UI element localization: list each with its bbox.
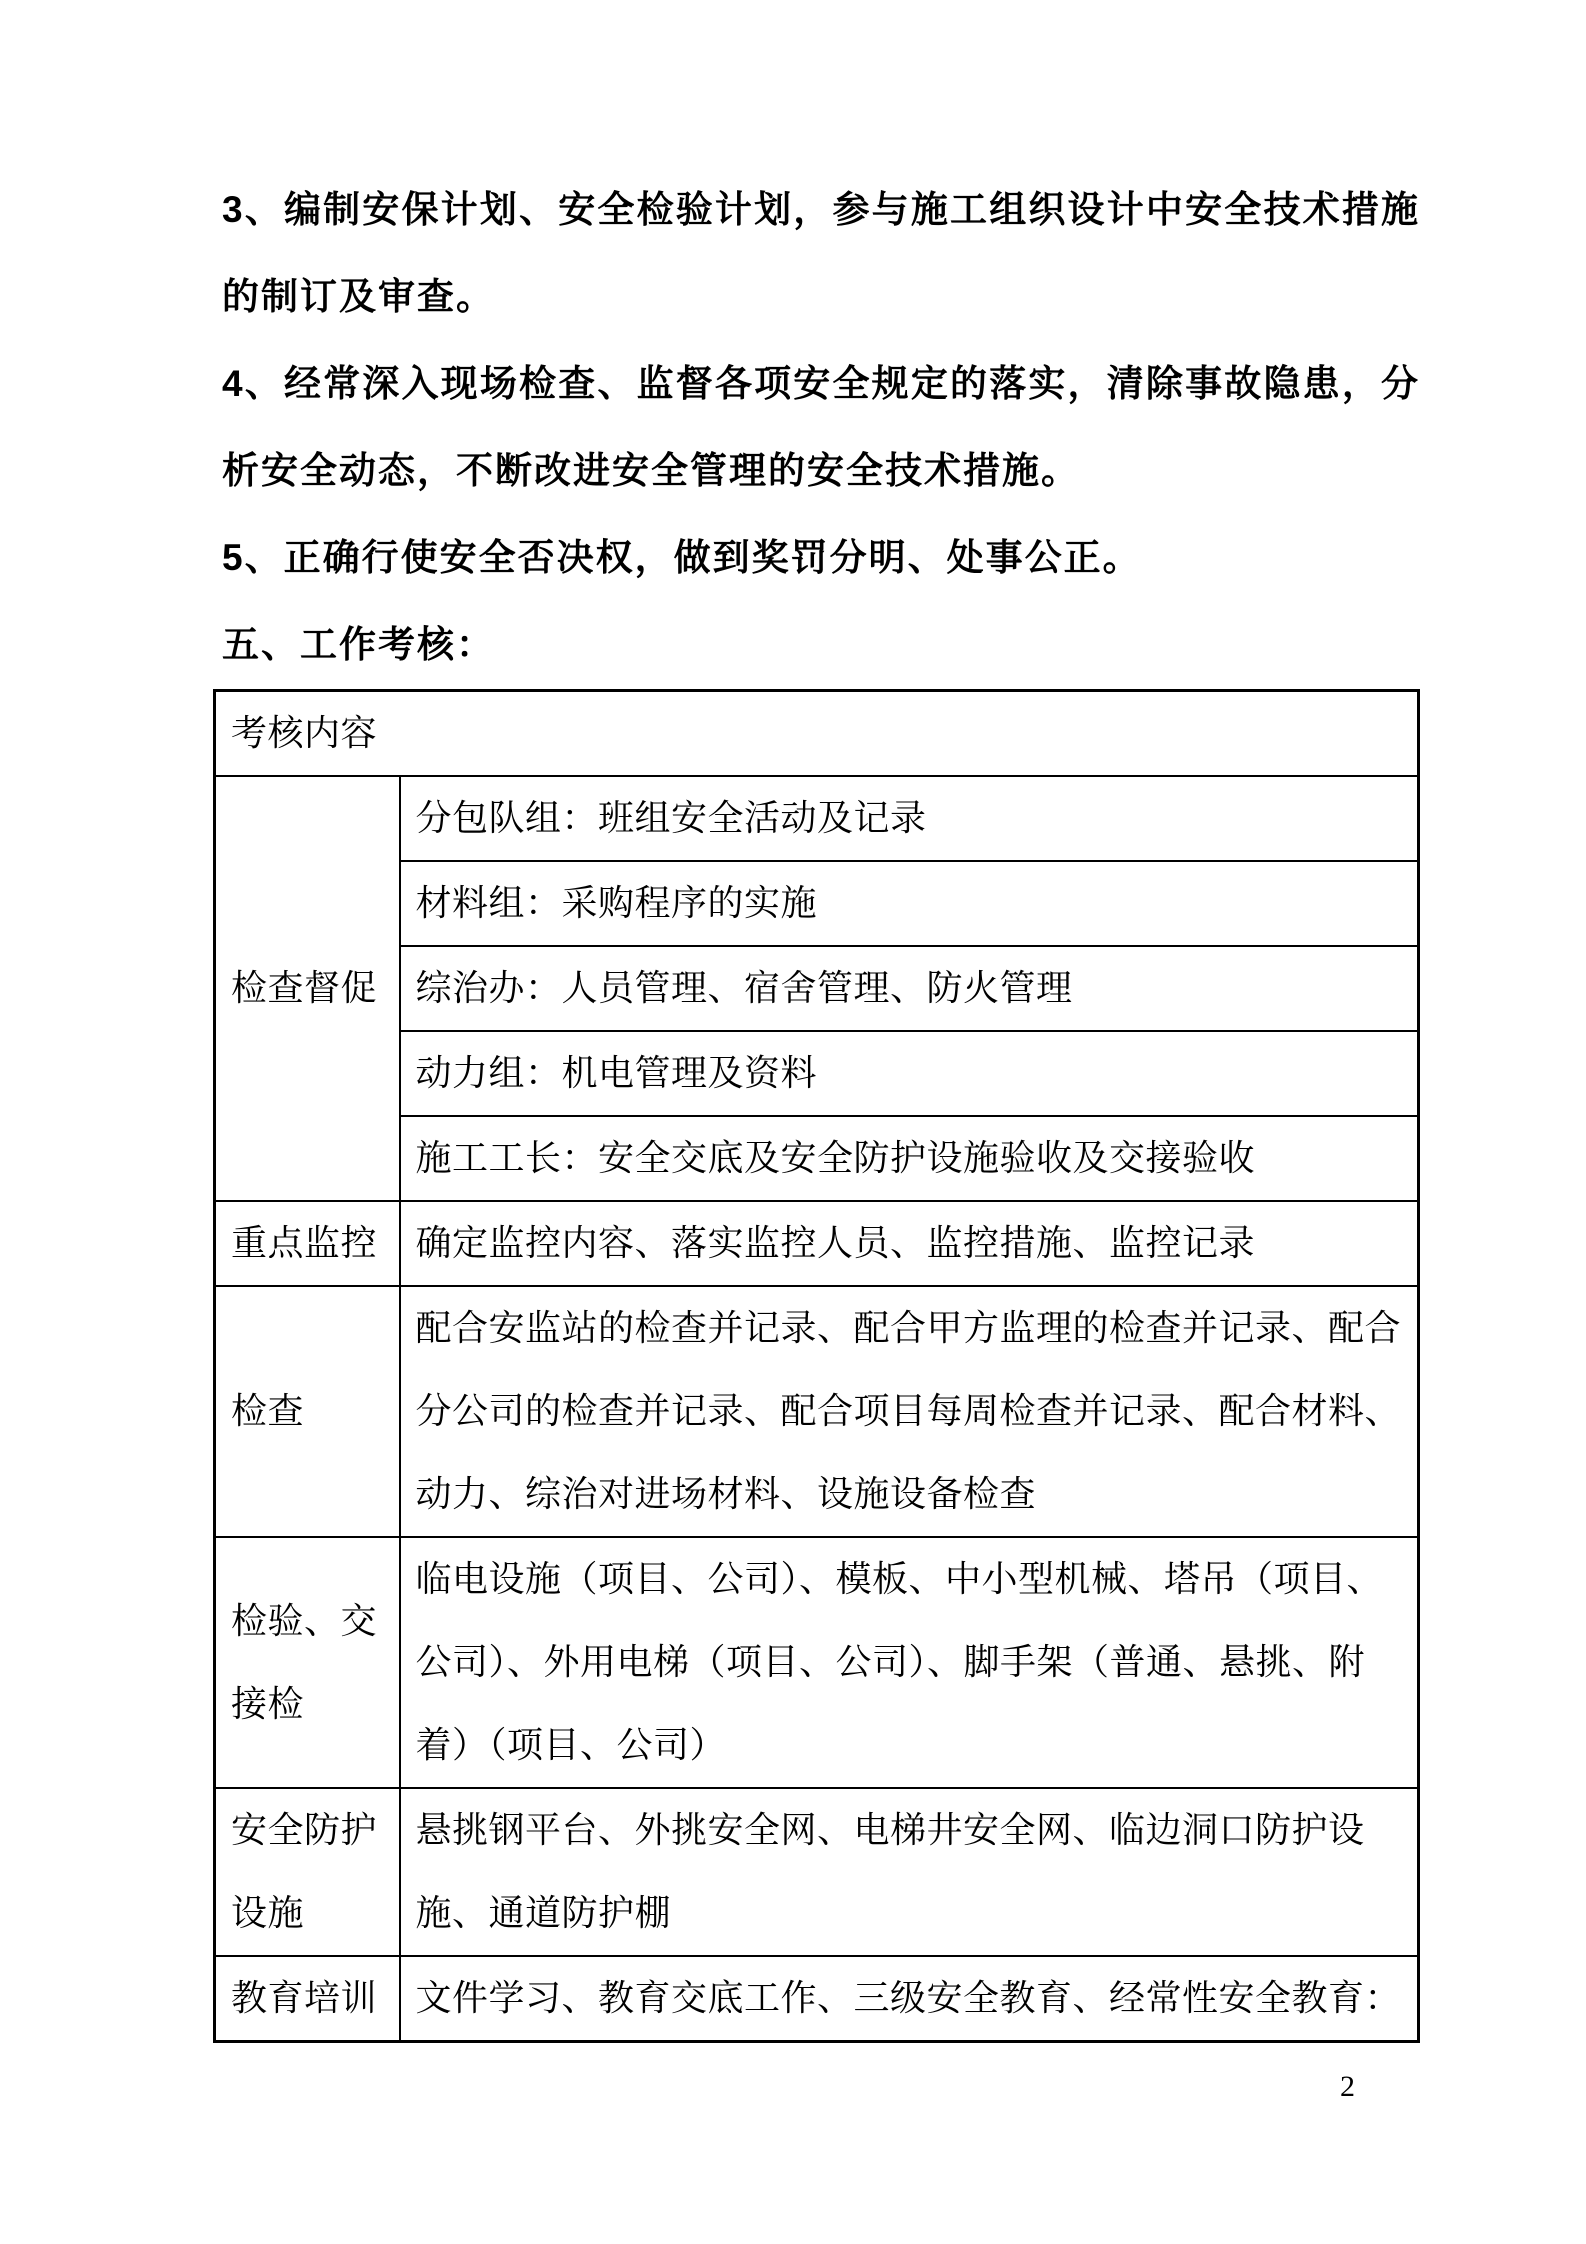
page-number: 2 bbox=[1340, 2070, 1355, 2104]
cell-subcontract-teams: 分包队组：班组安全活动及记录 bbox=[400, 776, 1419, 861]
row-label-check: 检查 bbox=[215, 1286, 400, 1537]
cell-construction-foreman: 施工工长：安全交底及安全防护设施验收及交接验收 bbox=[400, 1116, 1419, 1201]
row-label-test-handover: 检验、交接检 bbox=[215, 1537, 400, 1788]
table-row: 教育培训 文件学习、教育交底工作、三级安全教育、经常性安全教育： bbox=[215, 1956, 1419, 2042]
cell-check: 配合安监站的检查并记录、配合甲方监理的检查并记录、配合分公司的检查并记录、配合项… bbox=[400, 1286, 1419, 1537]
cell-materials-group: 材料组：采购程序的实施 bbox=[400, 861, 1419, 946]
paragraph-item-3: 3、编制安保计划、安全检验计划，参与施工组织设计中安全技术措施的制订及审查。 bbox=[213, 166, 1420, 340]
cell-test-handover: 临电设施（项目、公司）、模板、中小型机械、塔吊（项目、公司）、外用电梯（项目、公… bbox=[400, 1537, 1419, 1788]
table-row: 检查 配合安监站的检查并记录、配合甲方监理的检查并记录、配合分公司的检查并记录、… bbox=[215, 1286, 1419, 1537]
row-label-education-training: 教育培训 bbox=[215, 1956, 400, 2042]
table-header-cell: 考核内容 bbox=[215, 691, 1419, 777]
cell-safety-protection: 悬挑钢平台、外挑安全网、电梯井安全网、临边洞口防护设施、通道防护棚 bbox=[400, 1788, 1419, 1956]
paragraph-item-5: 5、正确行使安全否决权，做到奖罚分明、处事公正。 bbox=[213, 514, 1420, 601]
paragraph-item-4: 4、经常深入现场检查、监督各项安全规定的落实，清除事故隐患，分析安全动态，不断改… bbox=[213, 340, 1420, 514]
row-label-key-monitoring: 重点监控 bbox=[215, 1201, 400, 1286]
table-row: 检验、交接检 临电设施（项目、公司）、模板、中小型机械、塔吊（项目、公司）、外用… bbox=[215, 1537, 1419, 1788]
cell-power-group: 动力组：机电管理及资料 bbox=[400, 1031, 1419, 1116]
row-label-safety-protection: 安全防护设施 bbox=[215, 1788, 400, 1956]
section-heading-work-assessment: 五、工作考核： bbox=[213, 601, 1420, 688]
document-body: 3、编制安保计划、安全检验计划，参与施工组织设计中安全技术措施的制订及审查。 4… bbox=[213, 166, 1420, 2043]
assessment-table: 考核内容 检查督促 分包队组：班组安全活动及记录 材料组：采购程序的实施 综治办… bbox=[213, 689, 1420, 2043]
row-label-inspection-supervision: 检查督促 bbox=[215, 776, 400, 1201]
table-row: 检查督促 分包队组：班组安全活动及记录 bbox=[215, 776, 1419, 861]
cell-education-training: 文件学习、教育交底工作、三级安全教育、经常性安全教育： bbox=[400, 1956, 1419, 2042]
cell-key-monitoring: 确定监控内容、落实监控人员、监控措施、监控记录 bbox=[400, 1201, 1419, 1286]
table-header-row: 考核内容 bbox=[215, 691, 1419, 777]
cell-comprehensive-office: 综治办：人员管理、宿舍管理、防火管理 bbox=[400, 946, 1419, 1031]
table-row: 重点监控 确定监控内容、落实监控人员、监控措施、监控记录 bbox=[215, 1201, 1419, 1286]
table-row: 安全防护设施 悬挑钢平台、外挑安全网、电梯井安全网、临边洞口防护设施、通道防护棚 bbox=[215, 1788, 1419, 1956]
